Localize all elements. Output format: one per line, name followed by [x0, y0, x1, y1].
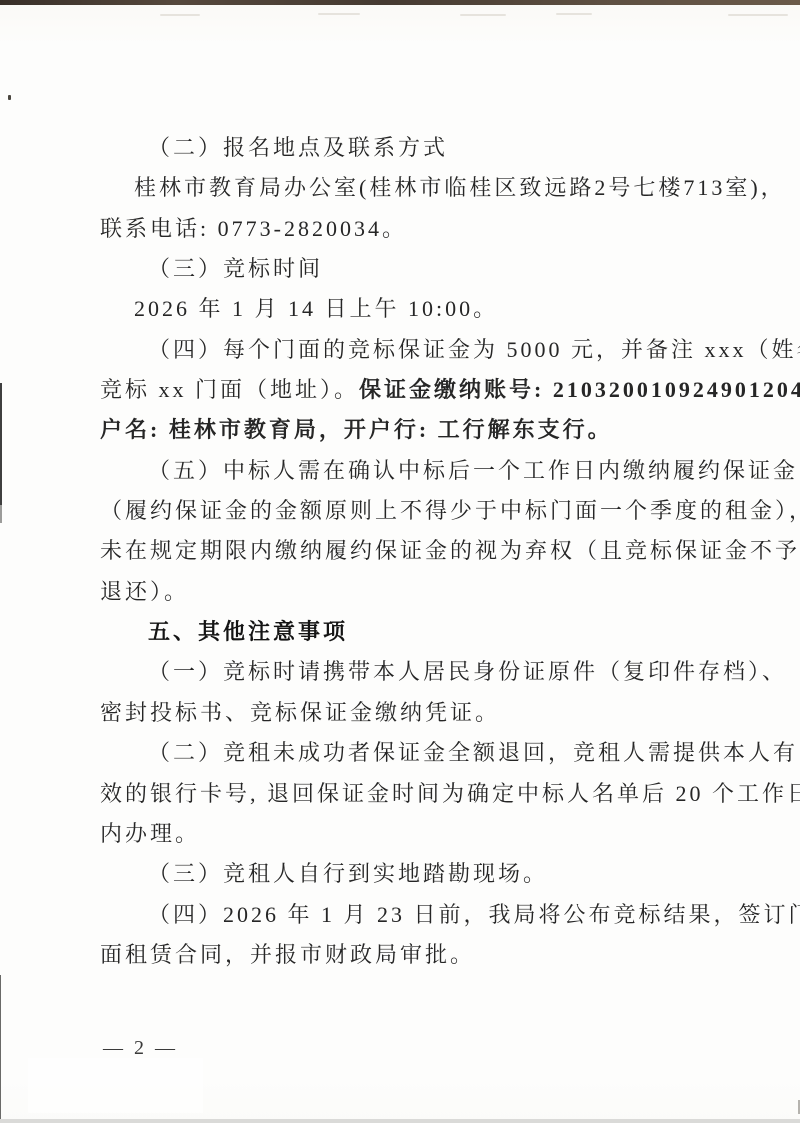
doc-line-bid-datetime: 2026 年 1 月 14 日上午 10:00。 — [100, 289, 748, 329]
doc-line: 面租赁合同，并报市财政局审批。 — [100, 935, 748, 975]
doc-line: （二）竞租未成功者保证金全额退回，竞租人需提供本人有 — [100, 733, 748, 773]
scan-light-patch — [28, 1058, 203, 1113]
doc-line: （三）竞租人自行到实地踏勘现场。 — [100, 854, 748, 894]
page-number: — 2 — — [103, 1034, 178, 1062]
doc-line-account-prefix: 竞标 xx 门面（地址）。 — [100, 377, 359, 402]
doc-line-account-number: 保证金缴纳账号: 2103200109249012041， — [359, 377, 800, 402]
scanned-page: （二）报名地点及联系方式 桂林市教育局办公室(桂林市临桂区致远路2号七楼713室… — [0, 0, 800, 1123]
scan-streak — [728, 14, 788, 16]
doc-line-account-holder: 户名: 桂林市教育局，开户行: 工行解东支行。 — [100, 410, 748, 450]
section-heading-other-notes: 五、其他注意事项 — [100, 612, 748, 652]
doc-line: 退还）。 — [100, 572, 748, 612]
doc-line: 效的银行卡号, 退回保证金时间为确定中标人名单后 20 个工作日 — [100, 774, 748, 814]
doc-line-deposit: （四）每个门面的竞标保证金为 5000 元，并备注 xxx（姓名） — [100, 330, 748, 370]
scan-edge-left — [0, 975, 1, 1123]
doc-line: 密封投标书、竞标保证金缴纳凭证。 — [100, 693, 748, 733]
section-heading-bid-time: （三）竞标时间 — [100, 249, 748, 289]
scan-edge-left — [0, 383, 2, 505]
scan-streak — [460, 14, 506, 16]
scan-edge-left — [0, 505, 2, 523]
doc-line-account: 竞标 xx 门面（地址）。保证金缴纳账号: 210320010924901204… — [100, 370, 748, 410]
doc-line: 桂林市教育局办公室(桂林市临桂区致远路2号七楼713室)， — [100, 168, 748, 208]
doc-line: （四）2026 年 1 月 23 日前，我局将公布竞标结果，签订门 — [100, 895, 748, 935]
doc-line: （五）中标人需在确认中标后一个工作日内缴纳履约保证金 — [100, 451, 748, 491]
section-heading-registration-location: （二）报名地点及联系方式 — [100, 128, 748, 168]
scan-streak — [318, 13, 360, 15]
doc-line: 内办理。 — [100, 814, 748, 854]
doc-line-phone: 联系电话: 0773-2820034。 — [100, 209, 748, 249]
doc-line: 未在规定期限内缴纳履约保证金的视为弃权（且竞标保证金不予 — [100, 531, 748, 571]
scan-streak — [160, 14, 200, 16]
scan-streak — [556, 13, 592, 15]
scan-speck — [8, 95, 11, 100]
document-body: （二）报名地点及联系方式 桂林市教育局办公室(桂林市临桂区致远路2号七楼713室… — [100, 128, 748, 975]
doc-line: （履约保证金的金额原则上不得少于中标门面一个季度的租金）， — [100, 491, 748, 531]
doc-line: （一）竞标时请携带本人居民身份证原件（复印件存档）、 — [100, 652, 748, 692]
scan-edge-bottom — [0, 1119, 800, 1123]
scan-edge-top — [0, 0, 800, 5]
